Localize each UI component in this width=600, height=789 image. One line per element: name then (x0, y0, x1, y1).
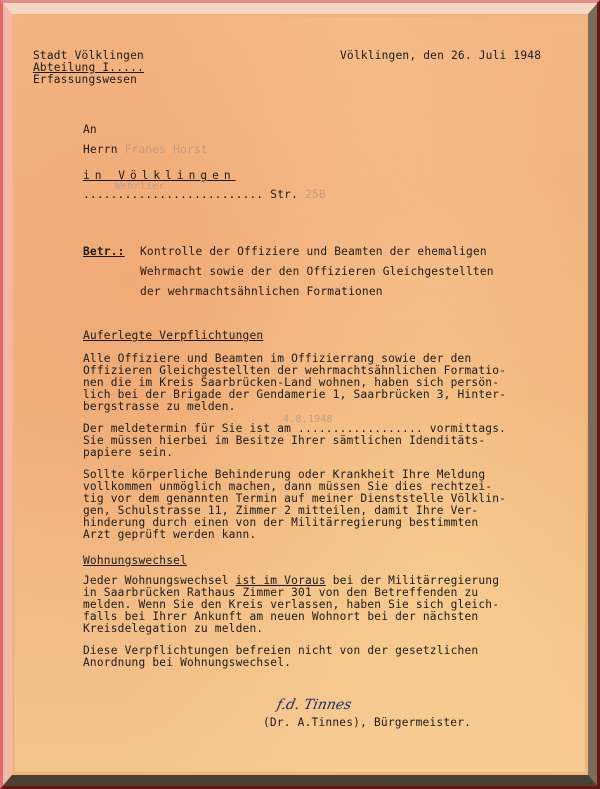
text-line: Arzt geprüft werden kann. (83, 528, 256, 541)
date-line: Völklingen, den 26. Juli 1948 (340, 49, 541, 62)
house-number: 25B (305, 188, 326, 201)
subject-line-1: Kontrolle der Offiziere und Beamten der … (140, 245, 487, 258)
text-line: bergstrasse zu melden. (83, 400, 236, 413)
subject-line-3: der wehrmachtsähnlichen Formationen (140, 285, 383, 298)
letter-page: Stadt Völklingen Abteilung I..... Erfass… (15, 17, 585, 772)
text-line: Anordnung bei Wohnungswechsel. (83, 656, 291, 669)
signature-typed: (Dr. A.Tinnes), Bürgermeister. (263, 716, 471, 729)
text-line: Kreisdelegation zu melden. (83, 622, 263, 635)
report-date: 4.8.1948 (283, 413, 333, 426)
subject-label: Betr.: (83, 245, 125, 258)
text-line: papiere sein. (83, 446, 173, 459)
street-name: Wehrlier (115, 180, 165, 193)
subject-line-2: Wehrmacht sowie der den Offizieren Gleic… (140, 265, 494, 278)
recipient-name: Franes Horst (125, 143, 208, 156)
address-to: An (83, 123, 97, 136)
letterhead-office: Erfassungswesen (33, 73, 137, 86)
section-heading-obligations: Auferlegte Verpflichtungen (83, 329, 263, 342)
section-heading-relocation: Wohnungswechsel (83, 554, 187, 567)
address-salutation: Herrn Franes Horst (83, 143, 208, 156)
handwritten-signature: f.d. Tinnes (275, 697, 353, 713)
